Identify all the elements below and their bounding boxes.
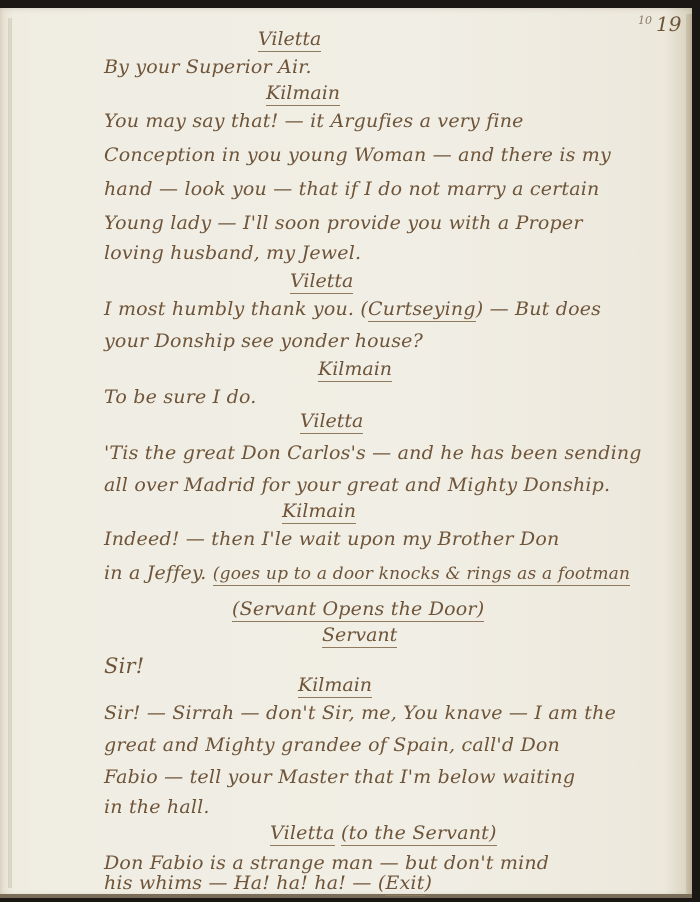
script-line: all over Madrid for your great and Might… (104, 476, 610, 495)
script-line: loving husband, my Jewel. (104, 244, 361, 263)
manuscript-page: 10 19 Viletta By your Superior Air. Kilm… (0, 8, 692, 896)
script-line: Indeed! — then I'le wait upon my Brother… (104, 530, 559, 549)
script-line: Sir! — Sirrah — don't Sir, me, You knave… (104, 704, 616, 723)
speaker-heading: Viletta (300, 412, 363, 434)
folio-pencil-number: 10 (638, 14, 652, 27)
script-line: in a Jeffey. (goes up to a door knocks &… (104, 564, 630, 583)
script-line: To be sure I do. (104, 388, 257, 407)
line-text: ) (425, 872, 433, 894)
folio-number: 19 (656, 12, 681, 36)
stage-direction-line: (Servant Opens the Door) (232, 600, 484, 619)
speaker-heading: Kilmain (298, 676, 372, 698)
script-line: your Donship see yonder house? (104, 332, 423, 351)
script-line: Fabio — tell your Master that I'm below … (104, 768, 575, 787)
script-line: hand — look you — that if I do not marry… (104, 180, 600, 199)
script-line: You may say that! — it Argufies a very f… (104, 112, 524, 131)
speaker-direction: (to the Servant) (341, 822, 497, 846)
script-line: 'Tis the great Don Carlos's — and he has… (104, 444, 642, 463)
speaker-heading: Viletta (270, 822, 335, 846)
script-line: I most humbly thank you. (Curtseying) — … (104, 300, 601, 319)
line-text: ) — But does (476, 298, 601, 320)
script-line: Don Fabio is a strange man — but don't m… (104, 854, 549, 873)
speaker-heading: Servant (322, 626, 397, 648)
script-line: Conception in you young Woman — and ther… (104, 146, 611, 165)
page-edge (686, 14, 692, 894)
stage-direction: (goes up to a door knocks & rings as a f… (213, 564, 630, 586)
speaker-heading-line: Viletta (to the Servant) (270, 824, 497, 843)
script-line: By your Superior Air. (104, 58, 312, 77)
speaker-heading: Kilmain (282, 502, 356, 524)
speaker-heading: Viletta (290, 272, 353, 294)
line-text: his whims — Ha! ha! ha! — ( (104, 872, 385, 894)
page-bottom-edge (0, 894, 692, 898)
speaker-heading: Viletta (258, 30, 321, 52)
line-text: in a Jeffey. (104, 562, 207, 584)
stage-direction: (Servant Opens the Door) (232, 598, 484, 622)
script-line: his whims — Ha! ha! ha! — (Exit) (104, 874, 432, 893)
binding-spine (8, 18, 12, 888)
script-line: great and Mighty grandee of Spain, call'… (104, 736, 560, 755)
line-text: I most humbly thank you. ( (104, 298, 368, 320)
stage-direction: Exit (385, 872, 424, 896)
stage-direction: Curtseying (368, 298, 476, 322)
script-line: Young lady — I'll soon provide you with … (104, 214, 583, 233)
speaker-heading: Kilmain (318, 360, 392, 382)
script-line: Sir! (104, 656, 144, 677)
speaker-heading: Kilmain (266, 84, 340, 106)
script-line: in the hall. (104, 798, 210, 817)
